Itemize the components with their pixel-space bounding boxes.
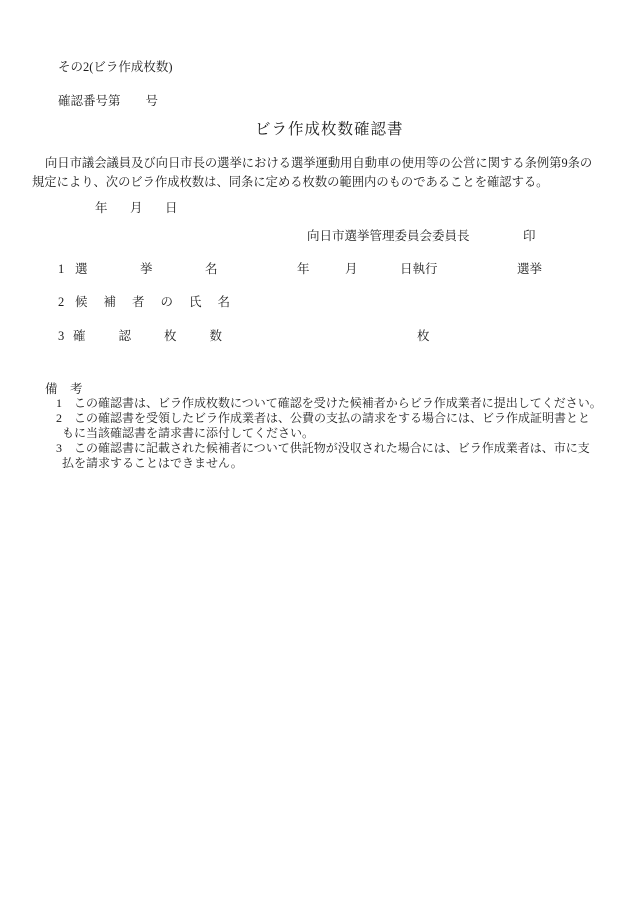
field-election-number: 1 xyxy=(58,262,64,276)
confirmation-number-field: 確認番号第 号 xyxy=(58,94,158,108)
note-3-line-2: 払を請求することはできません。 xyxy=(62,457,243,471)
document-title: ビラ作成枚数確認書 xyxy=(255,121,404,139)
election-month-label: 月 xyxy=(345,262,358,276)
field-election-label: 選挙名 xyxy=(75,262,270,276)
note-2-line-2: もに当該確認書を請求書に添付してください。 xyxy=(62,427,314,441)
body-paragraph-line-1: 向日市議会議員及び向日市長の選挙における選挙運動用自動車の使用等の公営に関する条… xyxy=(45,156,592,170)
field-count-label: 確認枚数 xyxy=(73,329,255,343)
note-1-line-1: 1 この確認書は、ビラ作成枚数について確認を受けた候補者からビラ作成業者に提出し… xyxy=(56,397,602,411)
body-paragraph-line-2: 規定により、次のビラ作成枚数は、同条に定める枚数の範囲内のものであることを確認す… xyxy=(32,175,548,189)
date-year-label: 年 xyxy=(95,201,108,215)
document-page: その2(ビラ作成枚数) 確認番号第 号 ビラ作成枚数確認書 向日市議会議員及び向… xyxy=(0,0,630,903)
seal-label: 印 xyxy=(523,229,536,243)
note-2-line-1: 2 この確認書を受領したビラ作成業者は、公費の支払の請求をする場合には、ビラ作成… xyxy=(56,412,590,426)
notes-heading: 備 考 xyxy=(45,382,83,396)
election-day-held-label: 日執行 xyxy=(400,262,438,276)
issuer-title: 向日市選挙管理委員会委員長 xyxy=(307,229,470,243)
form-variant-label: その2(ビラ作成枚数) xyxy=(58,60,173,74)
election-suffix-label: 選挙 xyxy=(517,262,542,276)
field-candidate-label: 候補者の氏名 xyxy=(75,295,246,309)
date-month-label: 月 xyxy=(130,201,143,215)
election-year-label: 年 xyxy=(297,262,310,276)
note-3-line-1: 3 この確認書に記載された候補者について供託物が没収された場合には、ビラ作成業者… xyxy=(56,442,590,456)
field-count-number: 3 xyxy=(58,329,64,343)
date-day-label: 日 xyxy=(165,201,178,215)
field-candidate-number: 2 xyxy=(58,295,64,309)
count-unit-label: 枚 xyxy=(417,329,430,343)
